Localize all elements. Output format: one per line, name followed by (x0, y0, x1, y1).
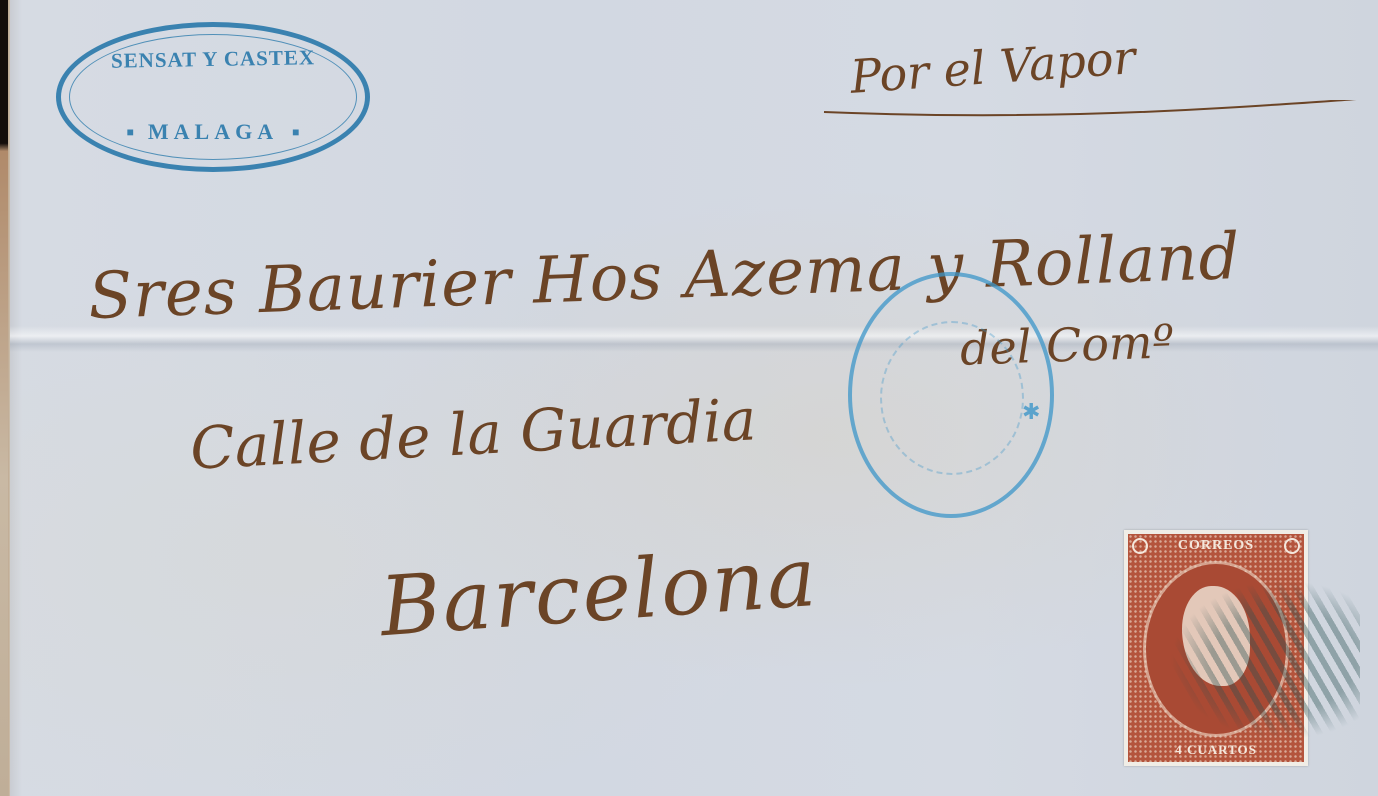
sender-handstamp-city-row: ■MALAGA■ (61, 119, 365, 145)
ornament-icon: ■ (292, 125, 299, 139)
sender-handstamp: SENSAT Y CASTEX ■MALAGA■ (56, 22, 370, 172)
sender-handstamp-city: MALAGA (148, 119, 278, 144)
sender-handstamp-firm: SENSAT Y CASTEX (61, 44, 365, 74)
stamp-value: 4 CUARTOS (1128, 742, 1304, 758)
endorsement-underline (822, 100, 1362, 120)
star-icon: ✱ (1022, 400, 1040, 425)
stamp-header: CORREOS (1128, 538, 1304, 554)
grill-cancellation (1170, 580, 1360, 740)
datestamp-inner-ring (880, 321, 1024, 475)
circular-datestamp: ✱ (848, 272, 1054, 518)
ornament-icon: ■ (127, 125, 134, 139)
cover-left-edge (0, 0, 10, 796)
